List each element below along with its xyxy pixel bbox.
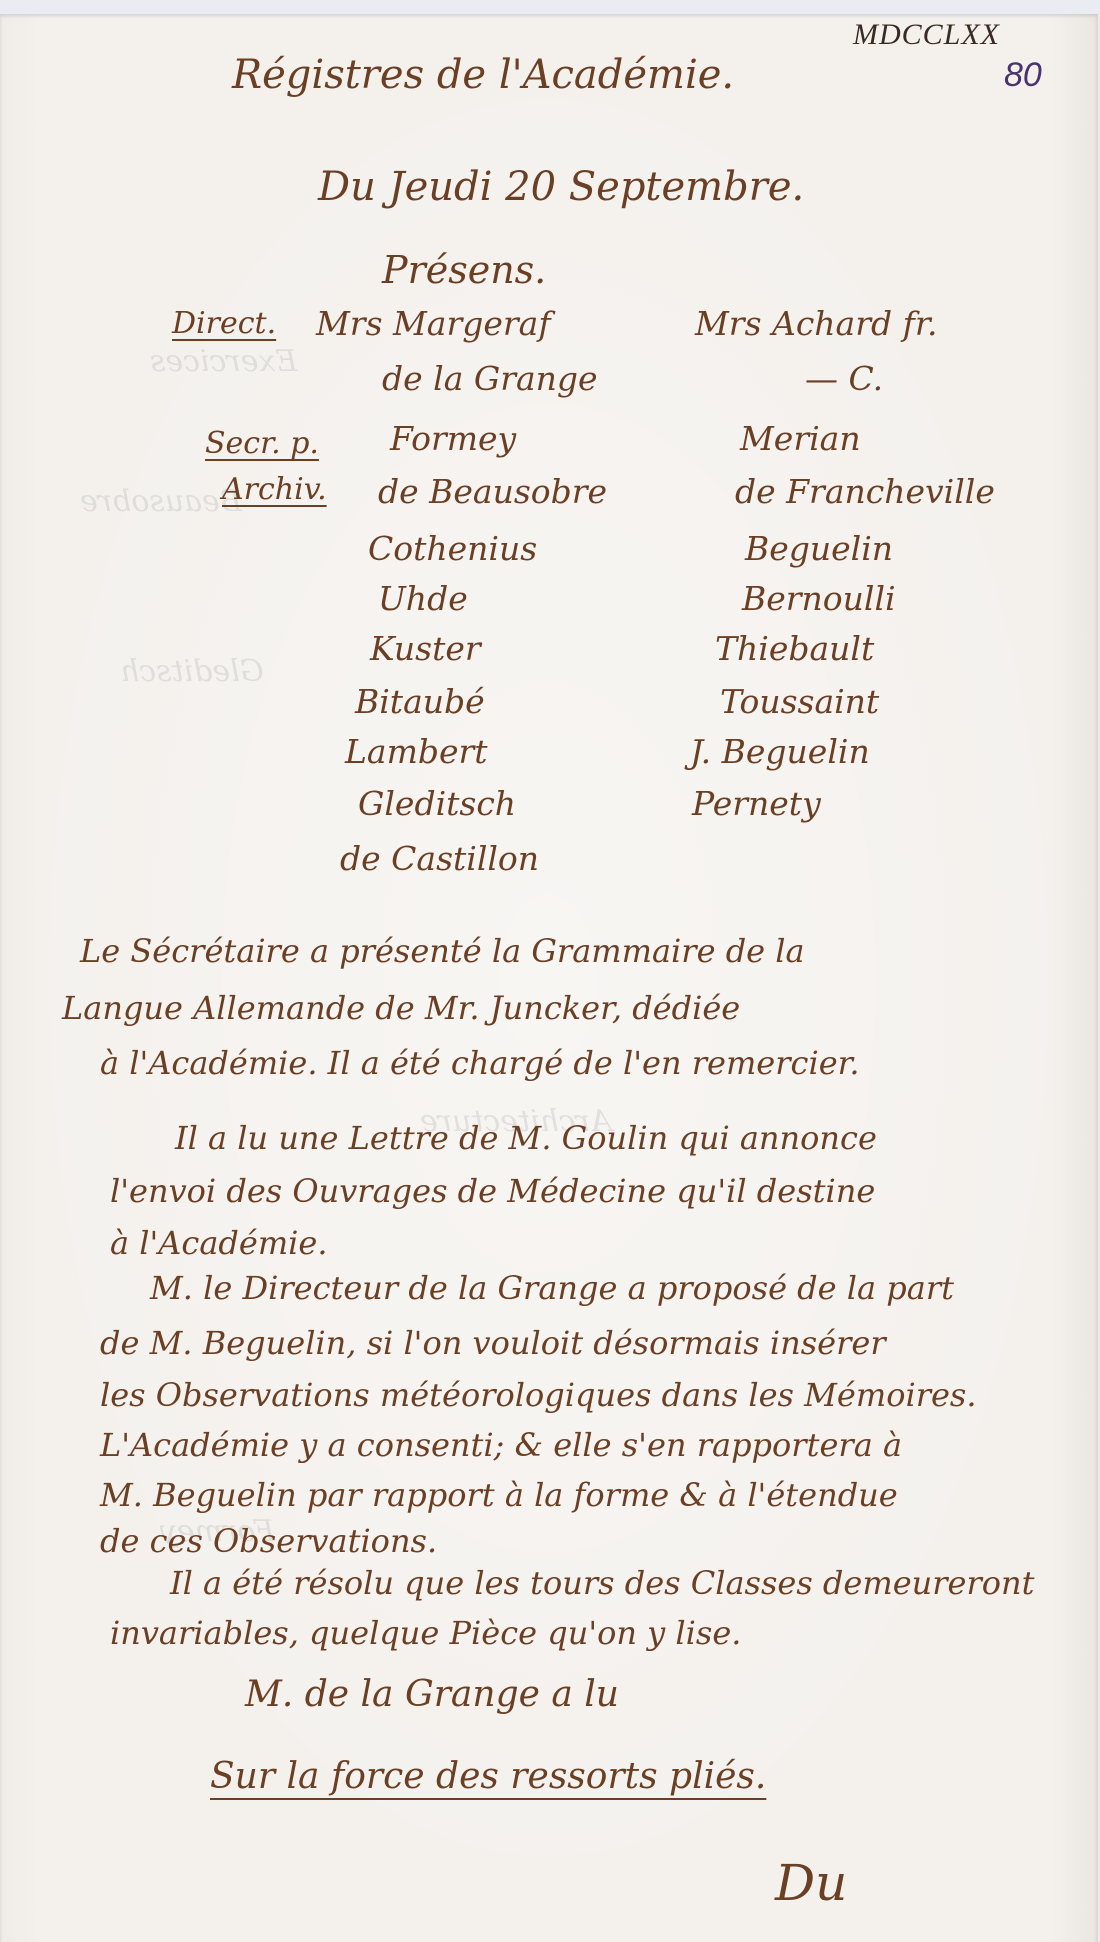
body-line: L'Académie y a consenti; & elle s'en rap… [100,1426,902,1464]
body-line: M. le Directeur de la Grange a proposé d… [150,1269,954,1307]
role-label-archivist: Archiv. [222,472,327,507]
body-line: invariables, quelque Pièce qu'on y lise. [110,1614,741,1652]
attendee-name: Gleditsch [358,784,516,823]
folio-number: 80 [1004,56,1042,95]
attendee-name: Bitaubé [355,682,485,721]
manuscript-page: Exercices Beausobre Gleditsch Architectu… [0,14,1098,1942]
attendee-name: Toussaint [720,682,879,721]
attendee-name: de la Grange [382,359,598,398]
attendee-name: de Castillon [340,839,539,878]
attendee-name: — C. [805,359,883,398]
catchword: Du [775,1854,847,1912]
body-line: Il a lu une Lettre de M. Goulin qui anno… [175,1119,877,1157]
attendee-name: Bernoulli [742,579,896,618]
attendee-name: Mrs Achard fr. [695,304,937,343]
attendee-name: de Beausobre [378,472,607,511]
body-line: de ces Observations. [100,1522,437,1560]
body-line: les Observations météorologiques dans le… [100,1376,977,1414]
body-line: l'envoi des Ouvrages de Médecine qu'il d… [110,1172,875,1210]
attendee-name: Lambert [345,732,488,771]
session-date: Du Jeudi 20 Septembre. [318,164,804,210]
register-title: Régistres de l'Académie. [232,52,734,98]
attendee-name: Merian [740,419,861,458]
attendee-name: Pernety [692,784,821,823]
body-line: à l'Académie. [110,1224,328,1262]
attendee-name: Formey [390,419,516,458]
attendee-name: Mrs Margeraf [316,304,551,343]
body-line: de M. Beguelin, si l'on vouloit désormai… [100,1324,886,1362]
attendee-name: Kuster [370,629,481,668]
body-line: Le Sécrétaire a présenté la Grammaire de… [80,932,805,970]
body-line: à l'Académie. Il a été chargé de l'en re… [100,1044,860,1082]
role-label-secretary: Secr. p. [205,426,319,461]
attendee-name: Cothenius [368,529,537,568]
attendee-name: Thiebault [715,629,874,668]
attendee-name: de Francheville [735,472,995,511]
year-roman-numeral: MDCCLXX [853,18,1000,52]
bleed-through-text: Beausobre [80,484,242,519]
bleed-through-text: Exercices [150,344,297,379]
body-line: Il a été résolu que les tours des Classe… [170,1564,1035,1602]
presents-heading: Présens. [382,248,546,292]
reading-announcement: M. de la Grange a lu [245,1674,619,1715]
paper-title: Sur la force des ressorts pliés. [210,1756,766,1797]
attendee-name: J. Beguelin [690,732,870,771]
attendee-name: Beguelin [745,529,893,568]
body-line: Langue Allemande de Mr. Juncker, dédiée [62,989,740,1027]
role-label-director: Direct. [172,306,276,341]
body-line: M. Beguelin par rapport à la forme & à l… [100,1476,898,1514]
bleed-through-text: Gleditsch [120,654,264,689]
attendee-name: Uhde [378,579,468,618]
